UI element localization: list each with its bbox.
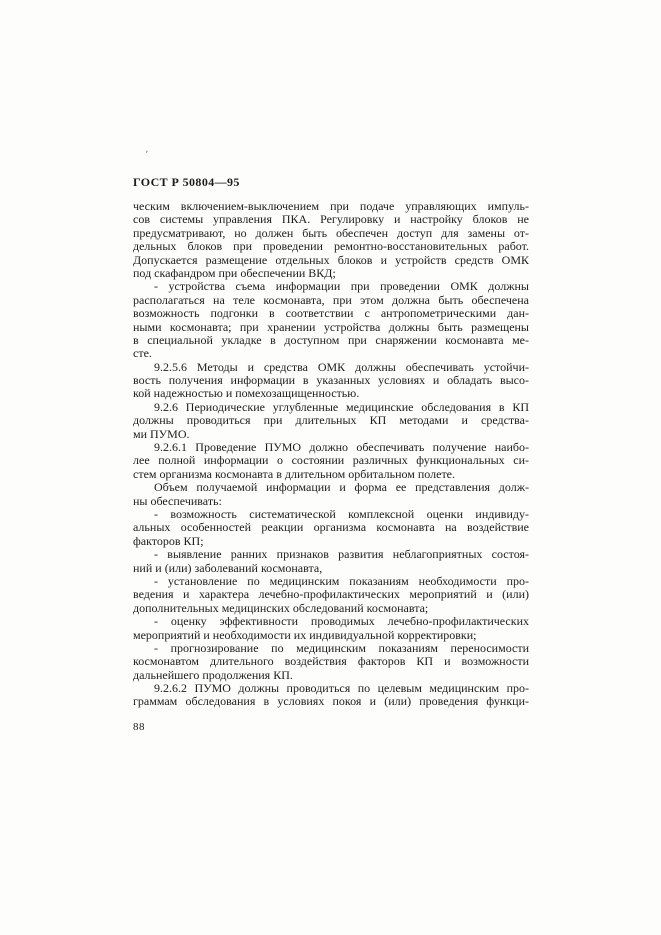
text-line: дополнительных медицинских обследований … [133,602,529,615]
gost-header: ГОСТ Р 50804—95 [133,175,240,190]
text-line: ны обеспечивать: [133,495,529,508]
text-line: - оценку эффективности проводимых лечебн… [133,615,529,628]
text-line: 9.2.6.2 ПУМО должны проводиться по целев… [133,682,529,695]
document-page: ʹ ГОСТ Р 50804—95 ческим включением-выкл… [0,0,661,935]
paragraph: - устройства съема информации при провед… [133,280,529,360]
text-line: Объем получаемой информации и форма ее п… [133,481,529,494]
text-line: ческим включением-выключением при подаче… [133,200,529,213]
text-line: альных особенностей реакции организма ко… [133,521,529,534]
text-line: ний и (или) заболеваний космонавта, [133,562,529,575]
text-line: предусматривают, но должен быть обеспече… [133,227,529,240]
text-line: в специальной укладке в доступном при сн… [133,334,529,347]
text-line: мероприятий и необходимости их индивидуа… [133,629,529,642]
paragraph: - прогнозирование по медицинским показан… [133,642,529,682]
text-line: располагаться на теле космонавта, при эт… [133,294,529,307]
page-number: 88 [133,721,145,733]
text-line: под скафандром при обеспечении ВКД; [133,267,529,280]
text-line: сов системы управления ПКА. Регулировку … [133,213,529,226]
text-line: дальнейшего продолжения КП. [133,669,529,682]
text-line: космонавтом длительного воздействия факт… [133,655,529,668]
paragraph: 9.2.6.2 ПУМО должны проводиться по целев… [133,682,529,709]
text-line: ведения и характера лечебно-профилактиче… [133,588,529,601]
text-line: - прогнозирование по медицинским показан… [133,642,529,655]
text-line: ными космонавта; при хранении устройства… [133,321,529,334]
text-line: возможность подгонки в соответствии с ан… [133,307,529,320]
text-block: ческим включением-выключением при подаче… [133,200,529,709]
paragraph: 9.2.5.6 Методы и средства ОМК должны обе… [133,361,529,401]
text-line: 9.2.6.1 Проведение ПУМО должно обеспечив… [133,441,529,454]
text-line: - возможность систематической комплексно… [133,508,529,521]
text-line: - выявление ранних признаков развития не… [133,548,529,561]
paragraph: 9.2.6 Периодические углубленные медицинс… [133,401,529,441]
text-line: сте. [133,347,529,360]
paragraph: Объем получаемой информации и форма ее п… [133,481,529,508]
text-line: дельных блоков при проведении ремонтно-в… [133,240,529,253]
text-line: - устройства съема информации при провед… [133,280,529,293]
text-line: стем организма космонавта в длительном о… [133,468,529,481]
text-line: лее полной информации о состоянии различ… [133,454,529,467]
text-line: - установление по медицинским показаниям… [133,575,529,588]
text-line: факторов КП; [133,535,529,548]
stray-scan-mark: ʹ [146,149,148,159]
text-line: 9.2.6 Периодические углубленные медицинс… [133,401,529,414]
paragraph: - оценку эффективности проводимых лечебн… [133,615,529,642]
text-line: 9.2.5.6 Методы и средства ОМК должны обе… [133,361,529,374]
paragraph: - установление по медицинским показаниям… [133,575,529,615]
paragraph: 9.2.6.1 Проведение ПУМО должно обеспечив… [133,441,529,481]
text-line: Допускается размещение отдельных блоков … [133,254,529,267]
text-line: кой надежностью и помехозащищенностью. [133,387,529,400]
text-line: граммам обследования в условиях покоя и … [133,695,529,708]
text-line: должны проводиться при длительных КП мет… [133,414,529,427]
paragraph: - выявление ранних признаков развития не… [133,548,529,575]
paragraph: - возможность систематической комплексно… [133,508,529,548]
paragraph: ческим включением-выключением при подаче… [133,200,529,280]
text-line: ми ПУМО. [133,428,529,441]
text-line: вость получения информации в указанных у… [133,374,529,387]
